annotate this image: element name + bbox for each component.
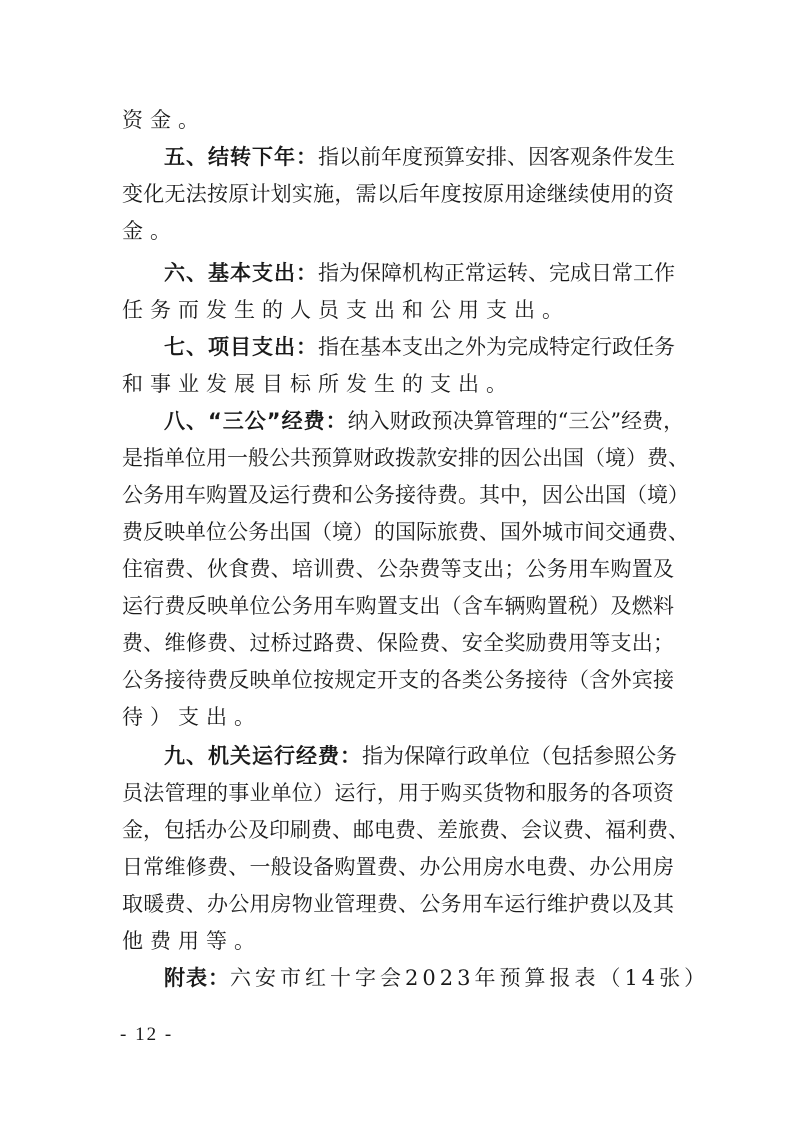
body-line: 变化无法按原计划实施，需以后年度按原用途继续使用的资 <box>122 176 674 213</box>
body-line: 公务用车购置及运行费和公务接待费。其中，因公出国（境） <box>122 477 674 514</box>
body-line: 是指单位用一般公共预算财政拨款安排的因公出国（境）费、 <box>122 440 674 477</box>
body-line: 公务接待费反映单位按规定开支的各类公务接待（含外宾接 <box>122 662 674 699</box>
body-line: 他费用等。 <box>122 923 674 960</box>
body-line: 待）支出。 <box>122 699 674 736</box>
body-line: 运行费反映单位公务用车购置支出（含车辆购置税）及燃料 <box>122 588 674 625</box>
section-heading: 八、“三公”经费： <box>164 409 348 433</box>
attachment-label: 附表： <box>164 966 230 990</box>
section-heading: 五、结转下年： <box>164 145 318 169</box>
section-heading: 七、项目支出： <box>164 335 318 359</box>
section-6-first-line: 六、基本支出：指为保障机构正常运转、完成日常工作 <box>164 255 674 292</box>
section-heading: 六、基本支出： <box>164 261 318 285</box>
body-text: 指为保障机构正常运转、完成日常工作 <box>318 261 675 285</box>
body-line: 资金。 <box>122 102 674 139</box>
section-7-first-line: 七、项目支出：指在基本支出之外为完成特定行政任务 <box>164 329 674 366</box>
attachment-text: 六安市红十字会2023年预算报表（14张） <box>230 966 709 990</box>
body-line: 日常维修费、一般设备购置费、办公用房水电费、办公用房 <box>122 849 674 886</box>
section-heading: 九、机关运行经费： <box>164 744 362 768</box>
attachment-line: 附表：六安市红十字会2023年预算报表（14张） <box>164 960 674 997</box>
body-line: 任务而发生的人员支出和公用支出。 <box>122 292 674 329</box>
section-5-first-line: 五、结转下年：指以前年度预算安排、因客观条件发生 <box>164 139 674 176</box>
body-text: 指为保障行政单位（包括参照公务 <box>362 744 677 768</box>
section-8-first-line: 八、“三公”经费：纳入财政预决算管理的“三公”经费， <box>164 403 674 440</box>
body-line: 住宿费、伙食费、培训费、公杂费等支出；公务用车购置及 <box>122 551 674 588</box>
body-text: 指在基本支出之外为完成特定行政任务 <box>318 335 675 359</box>
body-text: 指以前年度预算安排、因客观条件发生 <box>318 145 675 169</box>
body-line: 和事业发展目标所发生的支出。 <box>122 366 674 403</box>
body-line: 金，包括办公及印刷费、邮电费、差旅费、会议费、福利费、 <box>122 812 674 849</box>
document-page: 资金。 五、结转下年：指以前年度预算安排、因客观条件发生 变化无法按原计划实施，… <box>0 0 793 1122</box>
body-line: 金。 <box>122 213 674 250</box>
body-line: 员法管理的事业单位）运行，用于购买货物和服务的各项资 <box>122 775 674 812</box>
body-line: 费反映单位公务出国（境）的国际旅费、国外城市间交通费、 <box>122 514 674 551</box>
body-line: 费、维修费、过桥过路费、保险费、安全奖励费用等支出； <box>122 625 674 662</box>
body-text: 纳入财政预决算管理的“三公”经费， <box>348 409 684 433</box>
page-number: - 12 - <box>120 1020 173 1050</box>
body-line: 取暖费、办公用房物业管理费、公务用车运行维护费以及其 <box>122 886 674 923</box>
section-9-first-line: 九、机关运行经费：指为保障行政单位（包括参照公务 <box>164 738 674 775</box>
